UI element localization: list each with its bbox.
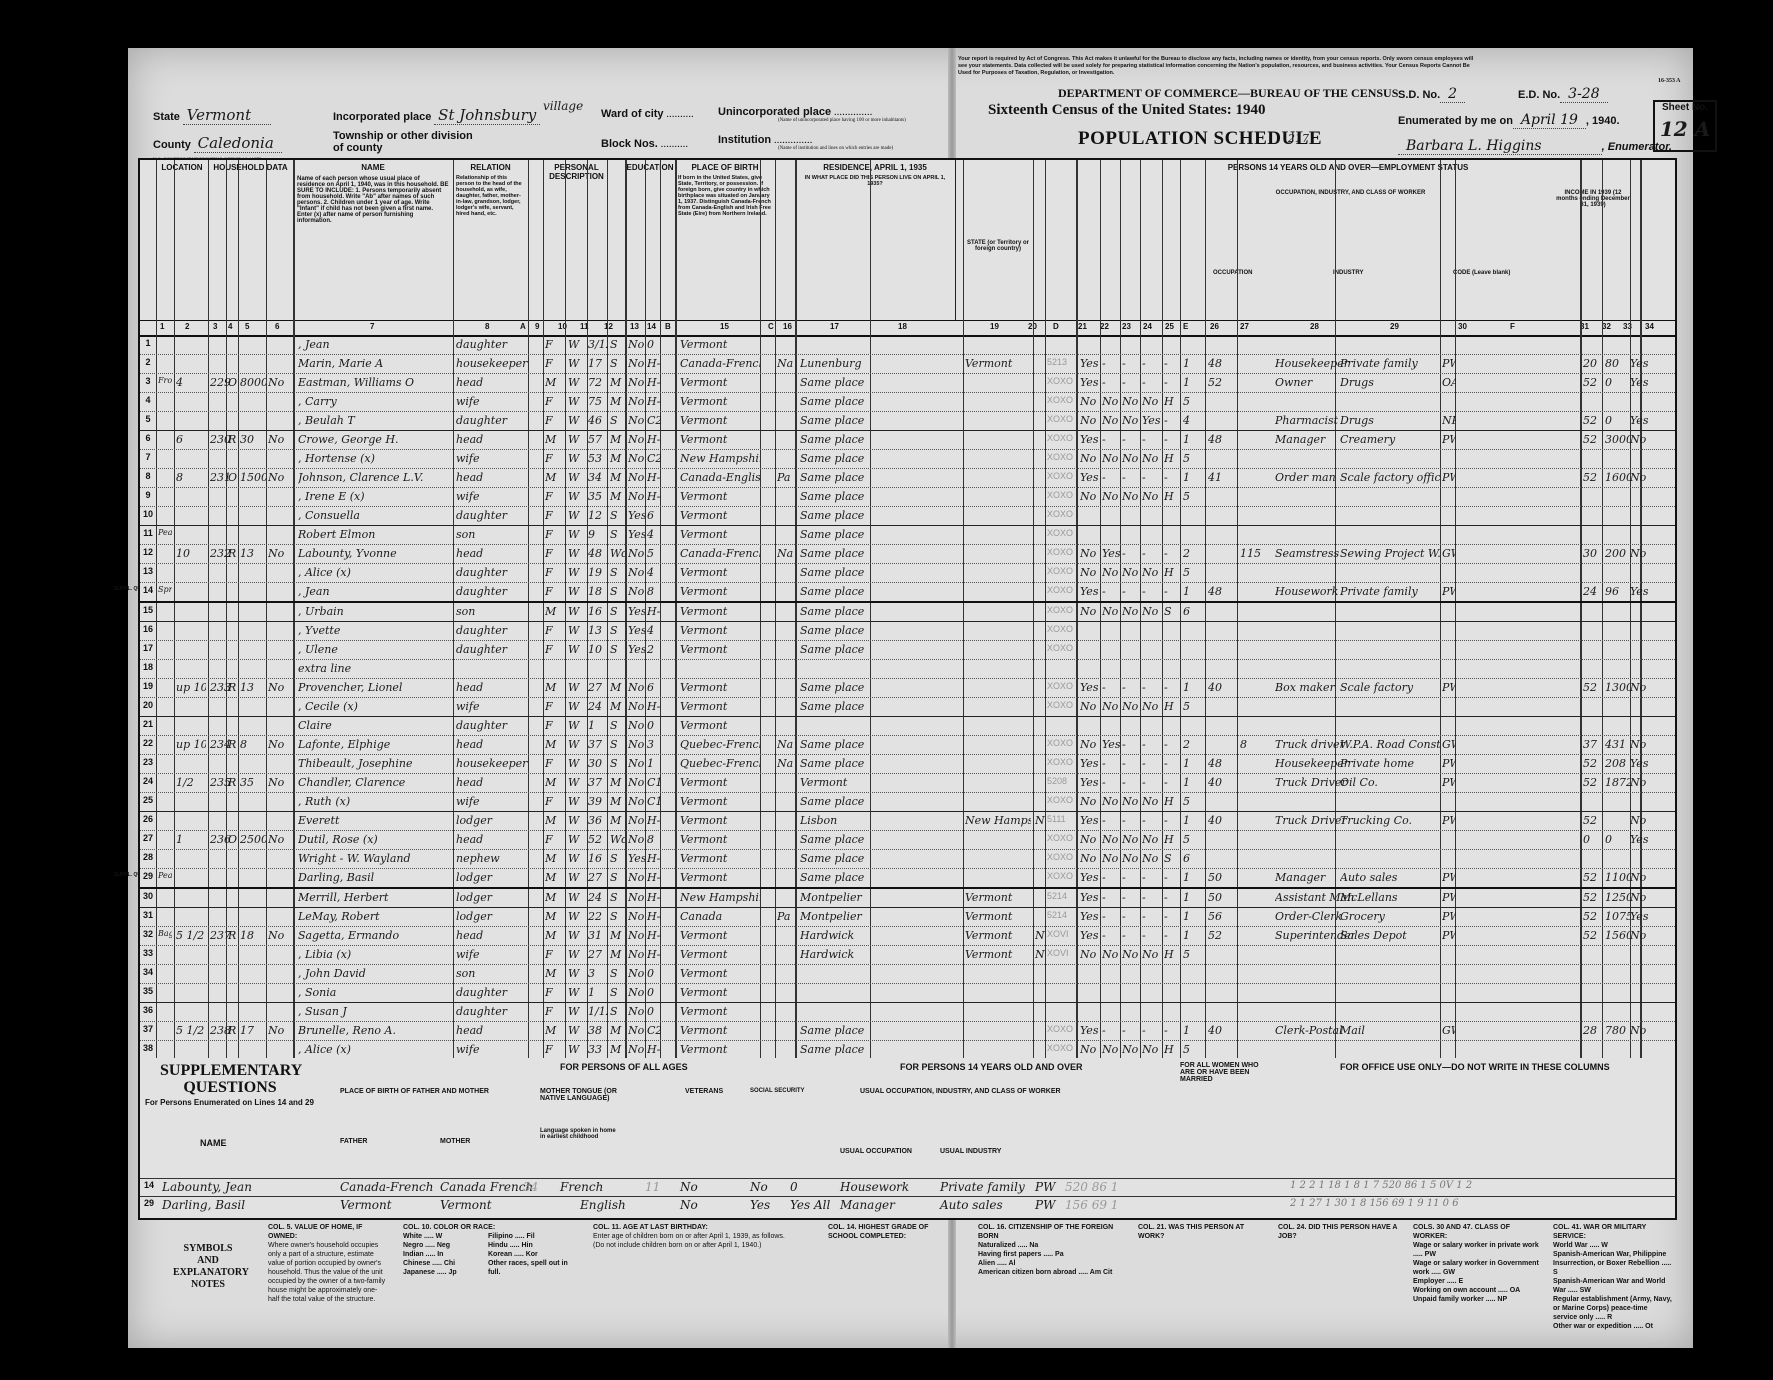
cell-c25: -	[1164, 585, 1180, 598]
cell-other: No	[1630, 814, 1650, 827]
cell-marital: M	[610, 948, 625, 961]
cell-e: 6	[1183, 605, 1203, 618]
cell-c23: -	[1122, 929, 1140, 942]
cell-sex: M	[545, 681, 563, 694]
cell-school: Yes	[628, 852, 645, 865]
cell-relation: head	[456, 471, 528, 484]
cell-c22: No	[1102, 795, 1120, 808]
cell-age: 72	[588, 376, 608, 389]
cell-grade: C2	[647, 414, 661, 427]
cell-name: extra line	[298, 662, 452, 675]
cell-c22: -	[1102, 585, 1120, 598]
cell-c23: -	[1122, 871, 1140, 884]
cell-own: R	[228, 1024, 238, 1037]
cell-marital: M	[610, 395, 625, 408]
cell-weeks: 20	[1583, 357, 1603, 370]
cell-marital: S	[610, 871, 625, 884]
table-row: 66230R30NoCrowe, George H.headMW57MNoH-3…	[140, 431, 1675, 450]
cell-c23: -	[1122, 1024, 1140, 1037]
cell-res-city: Same place	[800, 605, 870, 618]
cell-c22: -	[1102, 871, 1120, 884]
line-number: 20	[140, 700, 156, 710]
cell-industry: Drugs	[1340, 376, 1440, 389]
cell-c25: H	[1164, 395, 1180, 408]
unincorporated-field: Unincorporated place .............. (Nam…	[718, 106, 906, 123]
cell-marital: M	[610, 700, 625, 713]
cell-school: No	[628, 795, 645, 808]
cell-marital: S	[610, 338, 625, 351]
relation-header: RELATIONRelationship of this person to t…	[453, 160, 529, 320]
cell-birth: Vermont	[680, 624, 760, 637]
cell-sex: F	[545, 700, 563, 713]
cell-race: W	[568, 986, 586, 999]
cell-c21: No	[1080, 833, 1100, 846]
cell-c23: -	[1122, 776, 1140, 789]
cell-birth: Vermont	[680, 376, 760, 389]
cell-relation: daughter	[456, 338, 528, 351]
cell-relation: daughter	[456, 585, 528, 598]
cell-industry: Drugs	[1340, 414, 1440, 427]
cell-race: W	[568, 624, 586, 637]
cell-street: Bagley Street	[158, 929, 172, 938]
cell-sex: M	[545, 471, 563, 484]
cell-c21: Yes	[1080, 585, 1100, 598]
cell-sex: F	[545, 452, 563, 465]
line-number: 29	[140, 871, 156, 881]
cell-c25: -	[1164, 433, 1180, 446]
cell-e: 5	[1183, 395, 1203, 408]
cell-age: 19	[588, 566, 608, 579]
cell-relation: lodger	[456, 910, 528, 923]
cell-marital: S	[610, 891, 625, 904]
cell-res-city: Hardwick	[800, 929, 870, 942]
note-col14: Col. 14. HIGHEST GRADE OF SCHOOL COMPLET…	[828, 1223, 948, 1241]
cell-relation: head	[456, 1024, 528, 1037]
cell-school: No	[628, 871, 645, 884]
cell-c24: No	[1142, 700, 1162, 713]
cell-race: W	[568, 681, 586, 694]
cell-other: Yes	[1630, 376, 1650, 389]
cell-marital: M	[610, 681, 625, 694]
cell-relation: lodger	[456, 814, 528, 827]
line-number: 4	[140, 395, 156, 405]
cell-marital: M	[610, 490, 625, 503]
cell-c24: No	[1142, 605, 1162, 618]
cell-age: 16	[588, 852, 608, 865]
cell-wages: 1600	[1605, 471, 1630, 484]
line-number: 19	[140, 681, 156, 691]
cell-c21: Yes	[1080, 681, 1100, 694]
cell-school: No	[628, 700, 645, 713]
cell-name: Johnson, Clarence L.V.	[298, 471, 452, 484]
cell-c22: No	[1102, 605, 1120, 618]
cell-c21: No	[1080, 1043, 1100, 1056]
cell-name: Eastman, Williams O	[298, 376, 452, 389]
cell-c26: 48	[1208, 357, 1236, 370]
cell-other: Yes	[1630, 414, 1650, 427]
line-number: 36	[140, 1005, 156, 1015]
cell-e: 1	[1183, 891, 1203, 904]
cell-c24: -	[1142, 871, 1162, 884]
cell-school: No	[628, 833, 645, 846]
cell-c26: 50	[1208, 891, 1236, 904]
cell-c24: -	[1142, 681, 1162, 694]
cell-relation: head	[456, 738, 528, 751]
cell-res-city: Same place	[800, 757, 870, 770]
cell-name: Claire	[298, 719, 452, 732]
cell-race: W	[568, 719, 586, 732]
cell-c25: S	[1164, 852, 1180, 865]
cell-e: 5	[1183, 452, 1203, 465]
cell-sex: M	[545, 814, 563, 827]
cell-c22: -	[1102, 929, 1120, 942]
cell-school: No	[628, 1005, 645, 1018]
cell-relation: daughter	[456, 624, 528, 637]
cell-d: 5214	[1047, 910, 1075, 920]
cell-c24: No	[1142, 395, 1162, 408]
cell-d: XOVI	[1047, 948, 1075, 958]
cell-grade: H-3	[647, 433, 661, 446]
cell-c21: Yes	[1080, 891, 1100, 904]
census-rows: 1, JeandaughterFW3/12SNo0Vermont2Marin, …	[140, 336, 1675, 1098]
cell-race: W	[568, 833, 586, 846]
cell-birth: Vermont	[680, 948, 760, 961]
cell-birth: Canada-French	[680, 357, 760, 370]
cell-sex: F	[545, 528, 563, 541]
line-number: 22	[140, 738, 156, 748]
cell-age: 33	[588, 1043, 608, 1056]
ed-number: E.D. No.3-28	[1518, 86, 1608, 102]
cell-age: 1/12	[588, 1005, 608, 1018]
cell-grade: 3	[647, 738, 661, 751]
cell-grade: H-2	[647, 814, 661, 827]
cell-c23: No	[1122, 490, 1140, 503]
cell-age: 37	[588, 738, 608, 751]
cell-farm: No	[268, 1024, 292, 1037]
cell-street: Front Avenue	[158, 376, 172, 385]
table-row: 31LeMay, RobertlodgerMW22SNoH-4CanadaPaM…	[140, 908, 1675, 927]
cell-age: 10	[588, 643, 608, 656]
cell-d: XOXO	[1047, 1024, 1075, 1034]
cell-e: 1	[1183, 433, 1203, 446]
cell-c25: -	[1164, 814, 1180, 827]
cell-relation: daughter	[456, 1005, 528, 1018]
cell-c24: -	[1142, 547, 1162, 560]
table-row: 26EverettlodgerMW36MNoH-2VermontLisbonNe…	[140, 812, 1675, 831]
cell-relation: wife	[456, 795, 528, 808]
cell-wages: 3000	[1605, 433, 1630, 446]
cell-c22: Yes	[1102, 738, 1120, 751]
cell-name: LeMay, Robert	[298, 910, 452, 923]
cell-other: No	[1630, 471, 1650, 484]
line-number: 31	[140, 910, 156, 920]
cell-c24: -	[1142, 910, 1162, 923]
cell-name: , Ruth (x)	[298, 795, 452, 808]
cell-c21: No	[1080, 547, 1100, 560]
cell-marital: M	[610, 471, 625, 484]
cell-school: No	[628, 986, 645, 999]
cell-age: 18	[588, 585, 608, 598]
cell-name: , Hortense (x)	[298, 452, 452, 465]
cell-d: XOXO	[1047, 395, 1075, 405]
cell-c22: -	[1102, 357, 1120, 370]
cell-c24: -	[1142, 471, 1162, 484]
cell-industry: Private family	[1340, 357, 1440, 370]
cell-school: No	[628, 757, 645, 770]
cell-birth: Vermont	[680, 719, 760, 732]
cell-res-city: Same place	[800, 528, 870, 541]
cell-c22: No	[1102, 566, 1120, 579]
cell-school: No	[628, 967, 645, 980]
cell-c27: 115	[1240, 547, 1270, 560]
cell-school: No	[628, 1043, 645, 1056]
cell-grade: 1	[647, 757, 661, 770]
cell-race: W	[568, 700, 586, 713]
cell-name: Merrill, Herbert	[298, 891, 452, 904]
cell-marital: S	[610, 967, 625, 980]
cell-marital: M	[610, 433, 625, 446]
cell-c25: H	[1164, 795, 1180, 808]
cell-d: XOXO	[1047, 681, 1075, 691]
cell-relation: head	[456, 776, 528, 789]
cell-c23: -	[1122, 357, 1140, 370]
cell-birth: Vermont	[680, 814, 760, 827]
cell-birth: New Hampshire	[680, 452, 760, 465]
table-row: 35, SoniadaughterFW1SNo0Vermont	[140, 984, 1675, 1003]
cell-marital: S	[610, 719, 625, 732]
cell-c25: -	[1164, 929, 1180, 942]
cell-street: Spruce	[158, 585, 172, 594]
supplementary-marker: SUPPL. QUEST.	[114, 872, 138, 878]
cell-sex: F	[545, 1043, 563, 1056]
cell-c22: No	[1102, 395, 1120, 408]
cell-c23: No	[1122, 1043, 1140, 1056]
cell-name: Chandler, Clarence	[298, 776, 452, 789]
cell-c21: No	[1080, 852, 1100, 865]
cell-farm: No	[268, 376, 292, 389]
table-row: 1, JeandaughterFW3/12SNo0Vermont	[140, 336, 1675, 355]
cell-own: R	[228, 738, 238, 751]
cell-marital: S	[610, 910, 625, 923]
cell-birth: Vermont	[680, 833, 760, 846]
cell-house: 1/2	[176, 776, 206, 789]
cell-c21: No	[1080, 395, 1100, 408]
cell-race: W	[568, 1043, 586, 1056]
cell-marital: S	[610, 643, 625, 656]
cell-grade: 0	[647, 338, 661, 351]
cell-d: 5208	[1047, 776, 1075, 786]
cell-d: 5111	[1047, 814, 1075, 824]
cell-c25: H	[1164, 490, 1180, 503]
line-number: 7	[140, 452, 156, 462]
cell-c25: H	[1164, 700, 1180, 713]
cell-race: W	[568, 776, 586, 789]
cell-race: W	[568, 1024, 586, 1037]
line-number: 26	[140, 814, 156, 824]
cell-wages: 431	[1605, 738, 1630, 751]
cell-age: 38	[588, 1024, 608, 1037]
cell-birth: Vermont	[680, 338, 760, 351]
cell-grade: 6	[647, 509, 661, 522]
cell-race: W	[568, 509, 586, 522]
cell-weeks: 52	[1583, 681, 1603, 694]
cell-birth: Vermont	[680, 528, 760, 541]
cell-c21: Yes	[1080, 757, 1100, 770]
sd-number: S.D. No.2	[1398, 86, 1465, 102]
cell-d: XOVI	[1047, 929, 1075, 939]
table-row: 9, Irene E (x)wifeFW35MNoH-4VermontSame …	[140, 488, 1675, 507]
cell-c21: No	[1080, 948, 1100, 961]
cell-d: XOXO	[1047, 528, 1075, 538]
cell-c22: No	[1102, 948, 1120, 961]
cell-name: , Sonia	[298, 986, 452, 999]
cell-res-city: Same place	[800, 376, 870, 389]
cell-value: 1500	[240, 471, 266, 484]
cell-class: PW	[1442, 471, 1456, 484]
cell-farm: No	[268, 681, 292, 694]
cell-e: 5	[1183, 566, 1203, 579]
legal-notice: Your report is required by Act of Congre…	[958, 56, 1478, 77]
cell-c26: 40	[1208, 814, 1236, 827]
cell-own: R	[228, 929, 238, 942]
cell-c21: No	[1080, 414, 1100, 427]
cell-e: 2	[1183, 547, 1203, 560]
cell-relation: head	[456, 681, 528, 694]
cell-c22: -	[1102, 814, 1120, 827]
cell-age: 9	[588, 528, 608, 541]
cell-c26: 48	[1208, 585, 1236, 598]
cell-res-city: Same place	[800, 509, 870, 522]
cell-school: No	[628, 948, 645, 961]
cell-d: XOXO	[1047, 1043, 1075, 1053]
cell-c25: H	[1164, 948, 1180, 961]
cell-birth: New Hampshire	[680, 891, 760, 904]
cell-race: W	[568, 452, 586, 465]
table-row: 241/2235R35NoChandler, ClarenceheadMW37M…	[140, 774, 1675, 793]
cell-grade: H-1	[647, 700, 661, 713]
cell-wages: 1250	[1605, 891, 1630, 904]
state-value: Vermont	[183, 106, 271, 125]
cell-farm: No	[268, 738, 292, 751]
cell-res-city: Same place	[800, 566, 870, 579]
cell-c23: -	[1122, 891, 1140, 904]
cell-d: XOXO	[1047, 509, 1075, 519]
cell-grade: 0	[647, 1005, 661, 1018]
cell-cit: Na	[777, 357, 795, 370]
cell-c22: No	[1102, 700, 1120, 713]
cell-d: 5214	[1047, 891, 1075, 901]
cell-birth: Vermont	[680, 1005, 760, 1018]
cell-d: XOXO	[1047, 433, 1075, 443]
cell-house: 4	[176, 376, 206, 389]
cell-weeks: 30	[1583, 547, 1603, 560]
cell-marital: S	[610, 986, 625, 999]
cell-race: W	[568, 566, 586, 579]
cell-class: PW	[1442, 891, 1456, 904]
table-row: 25, Ruth (x)wifeFW39MNoC1VermontSame pla…	[140, 793, 1675, 812]
cell-sex: M	[545, 776, 563, 789]
line-number: 17	[140, 643, 156, 653]
cell-c23: No	[1122, 700, 1140, 713]
cell-school: No	[628, 738, 645, 751]
cell-c26: 40	[1208, 1024, 1236, 1037]
cell-c22: No	[1102, 414, 1120, 427]
cell-wages: 208	[1605, 757, 1630, 770]
cell-name: Wright - W. Wayland	[298, 852, 452, 865]
cell-class: GW	[1442, 547, 1456, 560]
cell-c24: -	[1142, 1024, 1162, 1037]
cell-wages: 1075	[1605, 910, 1630, 923]
cell-race: W	[568, 585, 586, 598]
cell-farm35: No	[1035, 948, 1045, 961]
cell-c26: 52	[1208, 376, 1236, 389]
cell-res-city: Montpelier	[800, 910, 870, 923]
cell-relation: wife	[456, 395, 528, 408]
cell-industry: Private family	[1340, 585, 1440, 598]
cell-c22: -	[1102, 433, 1120, 446]
cell-house: 1	[176, 833, 206, 846]
cell-grade: 6	[647, 681, 661, 694]
sheet-number: 12 A	[1655, 117, 1715, 141]
cell-d: XOXO	[1047, 624, 1075, 634]
cell-grade: 4	[647, 528, 661, 541]
cell-c22: -	[1102, 681, 1120, 694]
cell-industry: Creamery	[1340, 433, 1440, 446]
residence-header: RESIDENCE, APRIL 1, 1935IN WHAT PLACE DI…	[795, 160, 956, 320]
cell-name: Everett	[298, 814, 452, 827]
table-row: 22up 10234R8NoLafonte, ElphigeheadMW37SN…	[140, 736, 1675, 755]
cell-c23: No	[1122, 566, 1140, 579]
cell-grade: H-4	[647, 929, 661, 942]
cell-race: W	[568, 338, 586, 351]
cell-res-city: Same place	[800, 795, 870, 808]
cell-other: No	[1630, 433, 1650, 446]
cell-grade: H-4	[647, 357, 661, 370]
cell-weeks: 52	[1583, 376, 1603, 389]
cell-school: No	[628, 547, 645, 560]
cell-name: , Urbain	[298, 605, 452, 618]
cell-other: Yes	[1630, 910, 1650, 923]
line-number: 25	[140, 795, 156, 805]
cell-race: W	[568, 910, 586, 923]
line-number: 11	[140, 528, 156, 538]
cell-res-state: Vermont	[965, 357, 1031, 370]
cell-c21: Yes	[1080, 357, 1100, 370]
table-row: 88231O1500NoJohnson, Clarence L.V.headMW…	[140, 469, 1675, 488]
cell-cit: Pa	[777, 471, 795, 484]
cell-name: , Alice (x)	[298, 566, 452, 579]
cell-c24: -	[1142, 738, 1162, 751]
cell-school: Yes	[628, 643, 645, 656]
cell-sex: M	[545, 910, 563, 923]
cell-name: , Jean	[298, 338, 452, 351]
line-number: 14	[140, 585, 156, 595]
line-number: 2	[140, 357, 156, 367]
line-number: 18	[140, 662, 156, 672]
cell-weeks: 52	[1583, 871, 1603, 884]
cell-birth: Vermont	[680, 566, 760, 579]
cell-name: Robert Elmon	[298, 528, 452, 541]
cell-grade: 5	[647, 547, 661, 560]
cell-class: PW	[1442, 681, 1456, 694]
cell-c21: No	[1080, 605, 1100, 618]
cell-street: Pearl Street	[158, 528, 172, 537]
cell-wages: 80	[1605, 357, 1630, 370]
cell-age: 13	[588, 624, 608, 637]
cell-d: XOXO	[1047, 738, 1075, 748]
cell-industry: Grocery	[1340, 910, 1440, 923]
table-row: 15, UrbainsonMW16SYesH-1VermontSame plac…	[140, 603, 1675, 622]
